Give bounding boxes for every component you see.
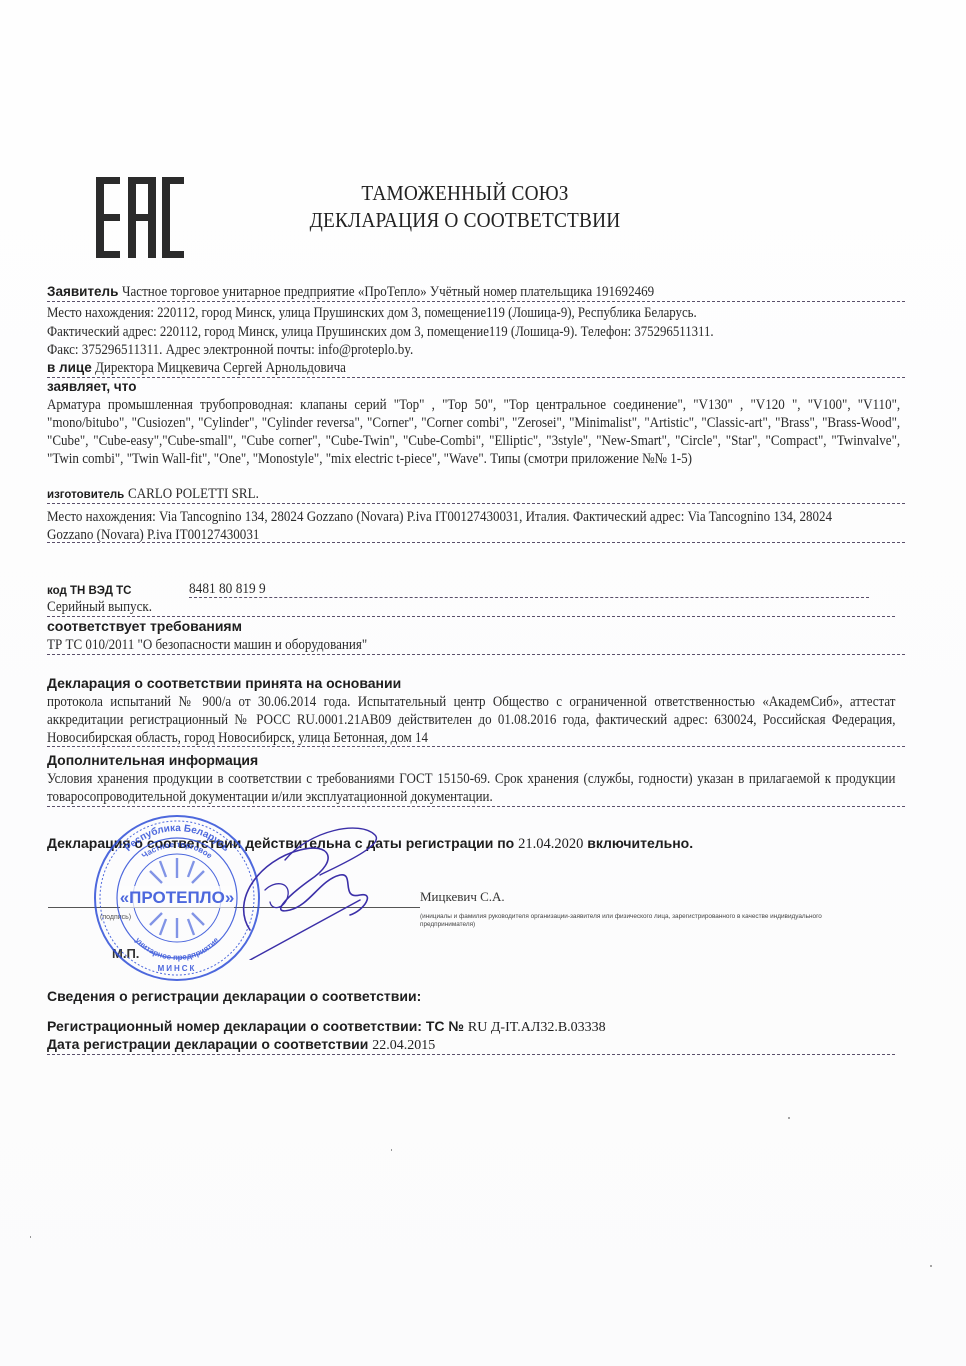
registration-heading: Сведения о регистрации декларации о соот…: [47, 988, 421, 1004]
registration-date-value: 22.04.2015: [372, 1038, 435, 1053]
additional-label: Дополнительная информация: [47, 752, 258, 768]
validity-prefix: Декларация о соответствии действительна …: [47, 835, 514, 851]
registration-date-row: Дата регистрации декларации о соответств…: [47, 1036, 435, 1054]
declaration-page: ТАМОЖЕННЫЙ СОЮЗ ДЕКЛАРАЦИЯ О СООТВЕТСТВИ…: [0, 0, 966, 1366]
represented-by: Директора Мицкевича Сергей Арнольдовича: [95, 359, 346, 377]
registration-number-label: Регистрационный номер декларации о соотв…: [47, 1018, 464, 1034]
declares-label: заявляет, что: [47, 379, 136, 394]
applicant-fax-email: Факс: 375296511311. Адрес электронной по…: [47, 341, 454, 359]
applicant-name: Частное торговое унитарное предприятие «…: [122, 283, 654, 301]
svg-text:МИНСК: МИНСК: [158, 964, 197, 973]
signature-caption: (подпись): [100, 914, 131, 921]
signer-name: Мицкевич С.А.: [420, 889, 505, 905]
divider: [47, 1054, 895, 1055]
divider: [47, 503, 905, 504]
applicant-row: Заявитель Частное торговое унитарное пре…: [47, 283, 714, 301]
release-type: Серийный выпуск.: [47, 598, 152, 616]
divider: [47, 746, 905, 747]
product-description: Арматура промышленная трубопроводная: кл…: [47, 396, 900, 468]
additional-row: Дополнительная информация: [47, 751, 258, 770]
validity-statement: Декларация о соответствии действительна …: [47, 835, 693, 853]
requirements-label: соответствует требованиям: [47, 618, 242, 634]
registration-number-value: RU Д-IT.АЛ32.В.03338: [468, 1020, 606, 1035]
scan-speck: [788, 1117, 790, 1119]
requirements-value: ТР ТС 010/2011 "О безопасности машин и о…: [47, 636, 367, 654]
scan-speck: [30, 1236, 31, 1238]
release-row: Серийный выпуск.: [47, 598, 164, 616]
validity-date: 21.04.2020: [518, 836, 583, 852]
validity-suffix: включительно.: [587, 835, 693, 851]
represented-row: в лице Директора Мицкевича Сергей Арноль…: [47, 359, 374, 377]
tn-ved-value-row: 8481 80 819 9: [189, 580, 272, 598]
title-line-customs-union: ТАМОЖЕННЫЙ СОЮЗ: [286, 180, 645, 207]
divider: [47, 654, 905, 655]
document-title: ТАМОЖЕННЫЙ СОЮЗ ДЕКЛАРАЦИЯ О СООТВЕТСТВИ…: [286, 180, 645, 234]
basis-label: Декларация о соответствии принята на осн…: [47, 675, 401, 691]
additional-text: Условия хранения продукции в соответстви…: [47, 770, 895, 806]
scan-speck: [930, 1265, 932, 1267]
signature-line: [48, 907, 420, 908]
applicant-location: Место нахождения: 220112, город Минск, у…: [47, 304, 781, 322]
svg-text:«ПРОТЕПЛО»: «ПРОТЕПЛО»: [120, 888, 235, 907]
eac-logo-icon: [96, 177, 184, 258]
registration-date-label: Дата регистрации декларации о соответств…: [47, 1036, 368, 1052]
declares-row: заявляет, что: [47, 378, 136, 396]
represented-label: в лице: [47, 360, 92, 375]
basis-text: протокола испытаний № 900/а от 30.06.201…: [47, 693, 895, 747]
tn-ved-label: код ТН ВЭД ТС: [47, 585, 131, 597]
divider: [47, 377, 905, 378]
seal-label: М.П.: [112, 946, 139, 961]
requirements-value-row: ТР ТС 010/2011 "О безопасности машин и о…: [47, 636, 403, 654]
scan-speck: [391, 1149, 392, 1151]
divider: [47, 301, 905, 302]
requirements-row: соответствует требованиям: [47, 617, 242, 636]
registration-number-row: Регистрационный номер декларации о соотв…: [47, 1018, 606, 1036]
divider: [47, 806, 905, 807]
basis-row: Декларация о соответствии принята на осн…: [47, 674, 401, 693]
manufacturer-row: изготовитель CARLO POLETTI SRL.: [47, 485, 273, 504]
signer-caption: (инициалы и фамилия руководителя организ…: [420, 913, 860, 929]
manufacturer-address: Место нахождения: Via Tancognino 134, 28…: [47, 508, 868, 544]
title-line-declaration: ДЕКЛАРАЦИЯ О СООТВЕТСТВИИ: [286, 207, 645, 234]
applicant-actual-address: Фактический адрес: 220112, город Минск, …: [47, 323, 800, 341]
tn-ved-value: 8481 80 819 9: [189, 580, 266, 598]
applicant-label: Заявитель: [47, 284, 118, 299]
manufacturer-name: CARLO POLETTI SRL.: [128, 485, 259, 503]
divider: [47, 542, 905, 543]
manufacturer-label: изготовитель: [47, 489, 124, 501]
divider: [189, 597, 869, 598]
svg-text:унитарное предприятие: унитарное предприятие: [133, 935, 221, 962]
